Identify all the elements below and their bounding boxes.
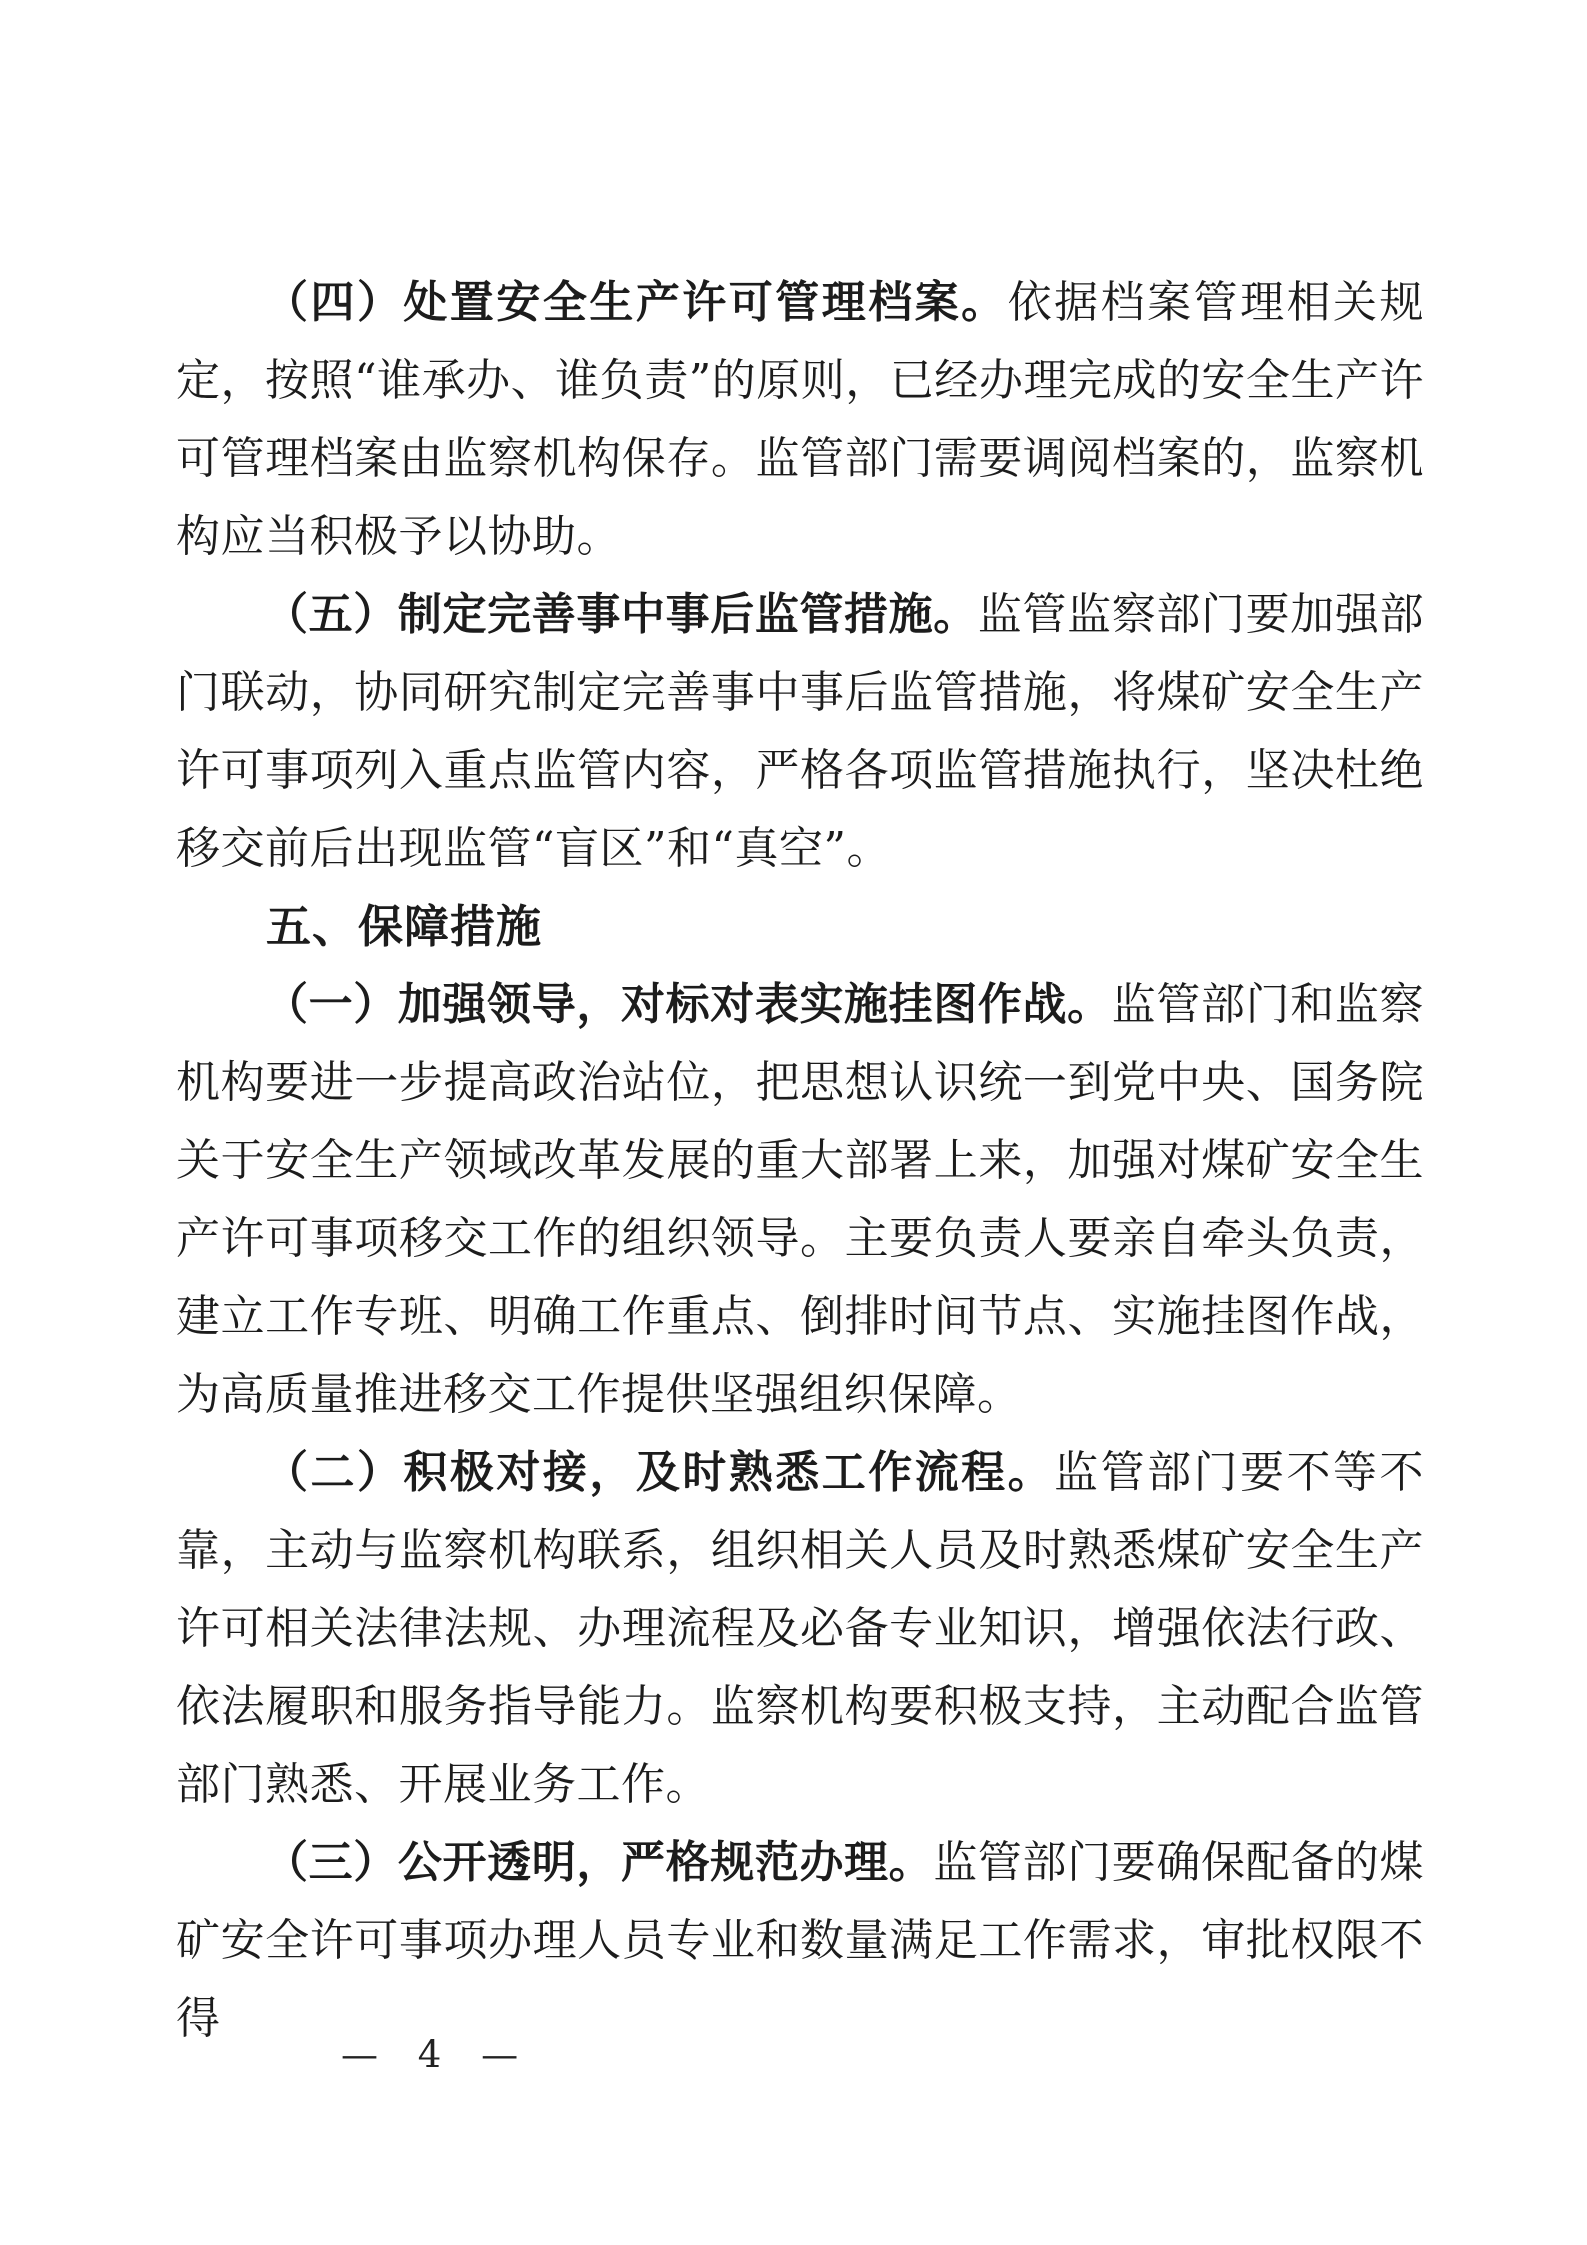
paragraph-text: 监管部门要不等不靠，主动与监察机构联系，组织相关人员及时熟悉煤矿安全生产许可相关… xyxy=(176,1447,1424,1810)
paragraph-text: 监管部门和监察机构要进一步提高政治站位，把思想认识统一到党中央、国务院关于安全生… xyxy=(176,979,1424,1420)
paragraph-lead: （四）处置安全生产许可管理档案。 xyxy=(264,277,1008,328)
paragraph-lead: （二）积极对接，及时熟悉工作流程。 xyxy=(264,1447,1054,1498)
paragraph: （五）制定完善事中事后监管措施。监管监察部门要加强部门联动，协同研究制定完善事中… xyxy=(176,576,1424,888)
paragraph-lead: （三）公开透明，严格规范办理。 xyxy=(264,1837,933,1888)
page-number: — 4 — xyxy=(341,2033,532,2076)
document-body: （四）处置安全生产许可管理档案。依据档案管理相关规定，按照“谁承办、谁负责”的原… xyxy=(176,264,1424,2058)
paragraph: （一）加强领导，对标对表实施挂图作战。监管部门和监察机构要进一步提高政治站位，把… xyxy=(176,966,1424,1434)
paragraph-lead: （五）制定完善事中事后监管措施。 xyxy=(264,589,978,640)
paragraph-lead: （一）加强领导，对标对表实施挂图作战。 xyxy=(264,979,1112,1030)
paragraph: （二）积极对接，及时熟悉工作流程。监管部门要不等不靠，主动与监察机构联系，组织相… xyxy=(176,1434,1424,1824)
section-heading: 五、保障措施 xyxy=(176,888,1424,966)
page-footer: — 4 — xyxy=(238,1990,532,2119)
document-page: （四）处置安全生产许可管理档案。依据档案管理相关规定，按照“谁承办、谁负责”的原… xyxy=(0,0,1587,2245)
paragraph: （四）处置安全生产许可管理档案。依据档案管理相关规定，按照“谁承办、谁负责”的原… xyxy=(176,264,1424,576)
